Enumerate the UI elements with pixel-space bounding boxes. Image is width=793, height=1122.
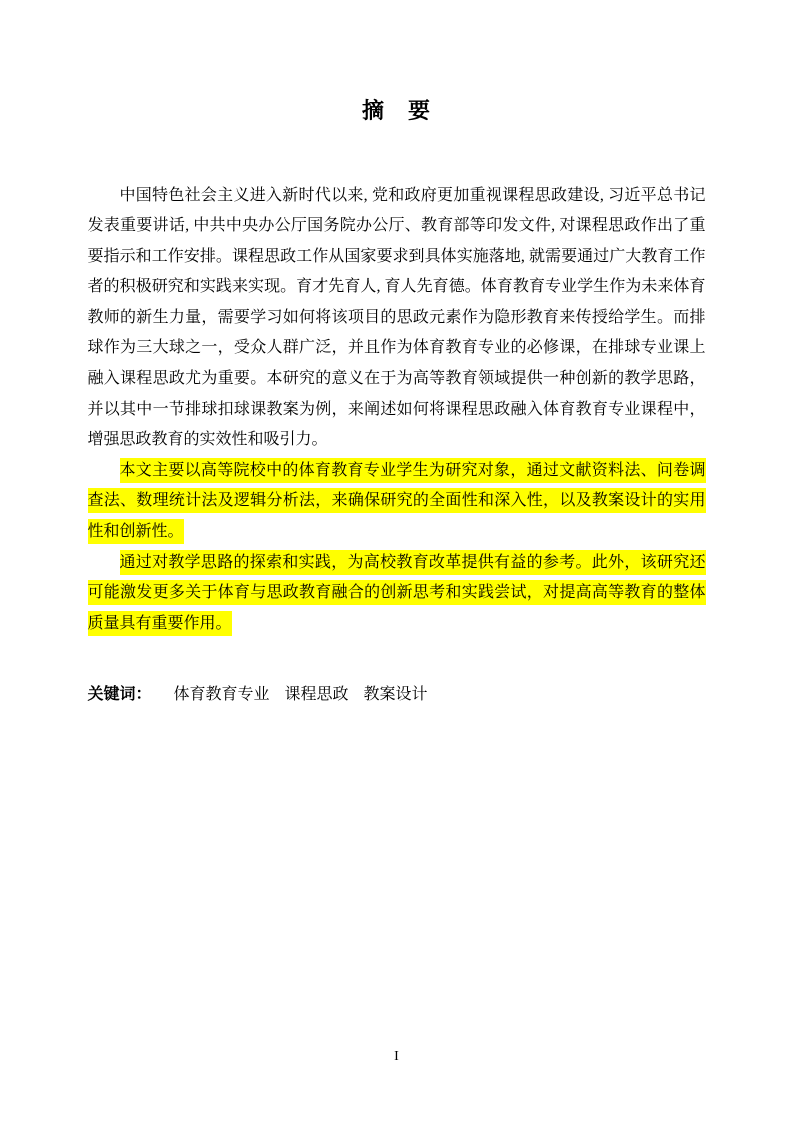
abstract-paragraph-1: 中国特色社会主义进入新时代以来, 党和政府更加重视课程思政建设, 习近平总书记发… [88, 181, 706, 456]
keyword-item: 课程思政 [285, 686, 349, 703]
highlighted-paragraph-text: 本文主要以高等院校中的体育教育专业学生为研究对象，通过文献资料法、问卷调查法、数… [88, 458, 706, 544]
page-number: I [0, 1050, 793, 1064]
abstract-paragraph-2: 本文主要以高等院校中的体育教育专业学生为研究对象，通过文献资料法、问卷调查法、数… [88, 456, 706, 548]
keywords-label: 关键词： [88, 686, 152, 703]
paragraph-text: 中国特色社会主义进入新时代以来, 党和政府更加重视课程思政建设, 习近平总书记发… [88, 187, 706, 449]
highlighted-paragraph-text: 通过对教学思路的探索和实践，为高校教育改革提供有益的参考。此外，该研究还可能激发… [88, 550, 706, 636]
keywords-line: 关键词：体育教育专业课程思政教案设计 [88, 680, 706, 711]
abstract-paragraph-3: 通过对教学思路的探索和实践，为高校教育改革提供有益的参考。此外，该研究还可能激发… [88, 548, 706, 640]
keyword-item: 教案设计 [364, 686, 428, 703]
abstract-body: 中国特色社会主义进入新时代以来, 党和政府更加重视课程思政建设, 习近平总书记发… [88, 181, 706, 712]
document-page: 摘 要 中国特色社会主义进入新时代以来, 党和政府更加重视课程思政建设, 习近平… [0, 0, 793, 1122]
keyword-item: 体育教育专业 [174, 686, 270, 703]
page-title: 摘 要 [0, 0, 793, 125]
